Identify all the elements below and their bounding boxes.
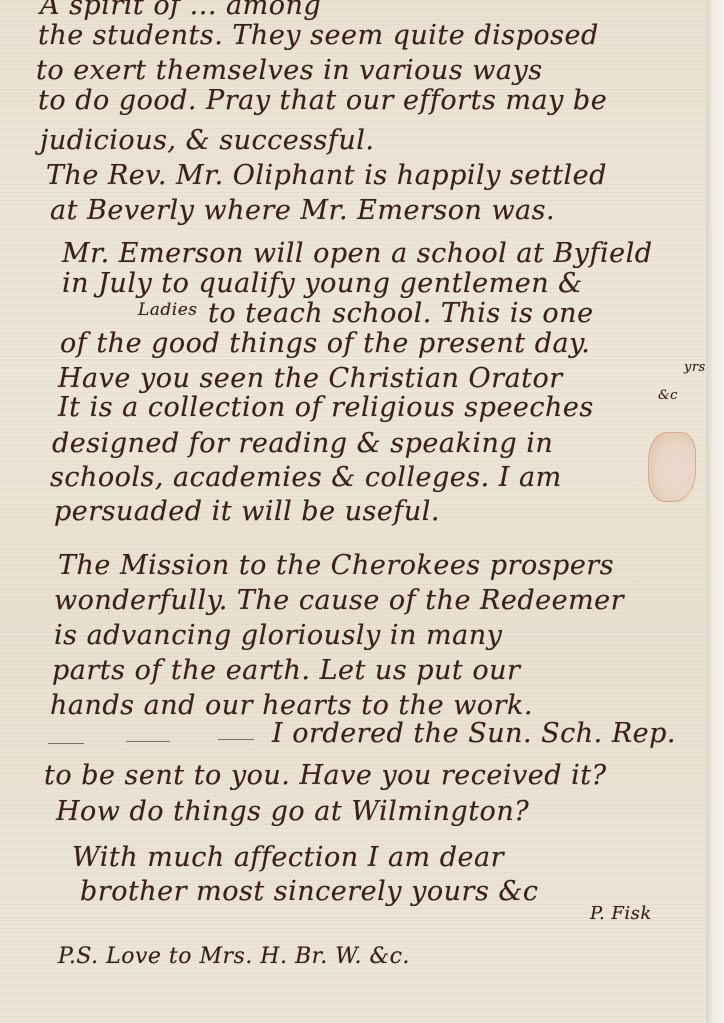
letter-line: How do things go at Wilmington? <box>56 796 529 827</box>
letter-line: brother most sincerely yours &c <box>80 876 539 907</box>
letter-line: is advancing gloriously in many <box>54 620 502 651</box>
postscript: P.S. Love to Mrs. H. Br. W. &c. <box>58 944 410 969</box>
letter-line: judicious, & successful. <box>40 125 375 156</box>
letter-line: The Rev. Mr. Oliphant is happily settled <box>46 160 607 191</box>
ink-dash <box>48 743 84 744</box>
letter-line: I ordered the Sun. Sch. Rep. <box>272 718 676 749</box>
signature: P. Fisk <box>590 903 652 924</box>
letter-line: hands and our hearts to the work. <box>50 690 533 721</box>
ink-dash <box>218 739 254 740</box>
letter-line: to be sent to you. Have you received it? <box>44 760 607 791</box>
superscript-note: &c <box>658 388 678 403</box>
letter-line: to teach school. This is one <box>208 298 594 329</box>
letter-line: With much affection I am dear <box>72 842 504 873</box>
letter-line: schools, academies & colleges. I am <box>50 462 562 493</box>
inserted-word: Ladies <box>138 300 198 320</box>
letter-line: It is a collection of religious speeches <box>58 392 594 423</box>
letter-line: designed for reading & speaking in <box>52 428 553 459</box>
letter-line: to exert themselves in various ways <box>36 55 543 86</box>
letter-line: of the good things of the present day. <box>60 328 590 359</box>
letter-line: persuaded it will be useful. <box>54 496 440 527</box>
ink-dash <box>126 741 170 742</box>
paper-edge <box>706 0 724 1023</box>
letter-line: parts of the earth. Let us put our <box>52 655 520 686</box>
letter-line: A spirit of ... among <box>40 0 321 21</box>
letter-line: to do good. Pray that our efforts may be <box>38 85 607 116</box>
torn-seal-mark <box>648 432 696 502</box>
letter-line: at Beverly where Mr. Emerson was. <box>50 195 555 226</box>
letter-line: in July to qualify young gentlemen & <box>62 268 583 299</box>
letter-line: wonderfully. The cause of the Redeemer <box>54 585 624 616</box>
superscript-note: yrs <box>684 360 706 375</box>
letter-line: The Mission to the Cherokees prospers <box>58 550 614 581</box>
letter-line: Mr. Emerson will open a school at Byfiel… <box>62 238 653 269</box>
letter-line: Have you seen the Christian Orator <box>58 363 563 394</box>
letter-line: the students. They seem quite disposed <box>38 20 599 51</box>
